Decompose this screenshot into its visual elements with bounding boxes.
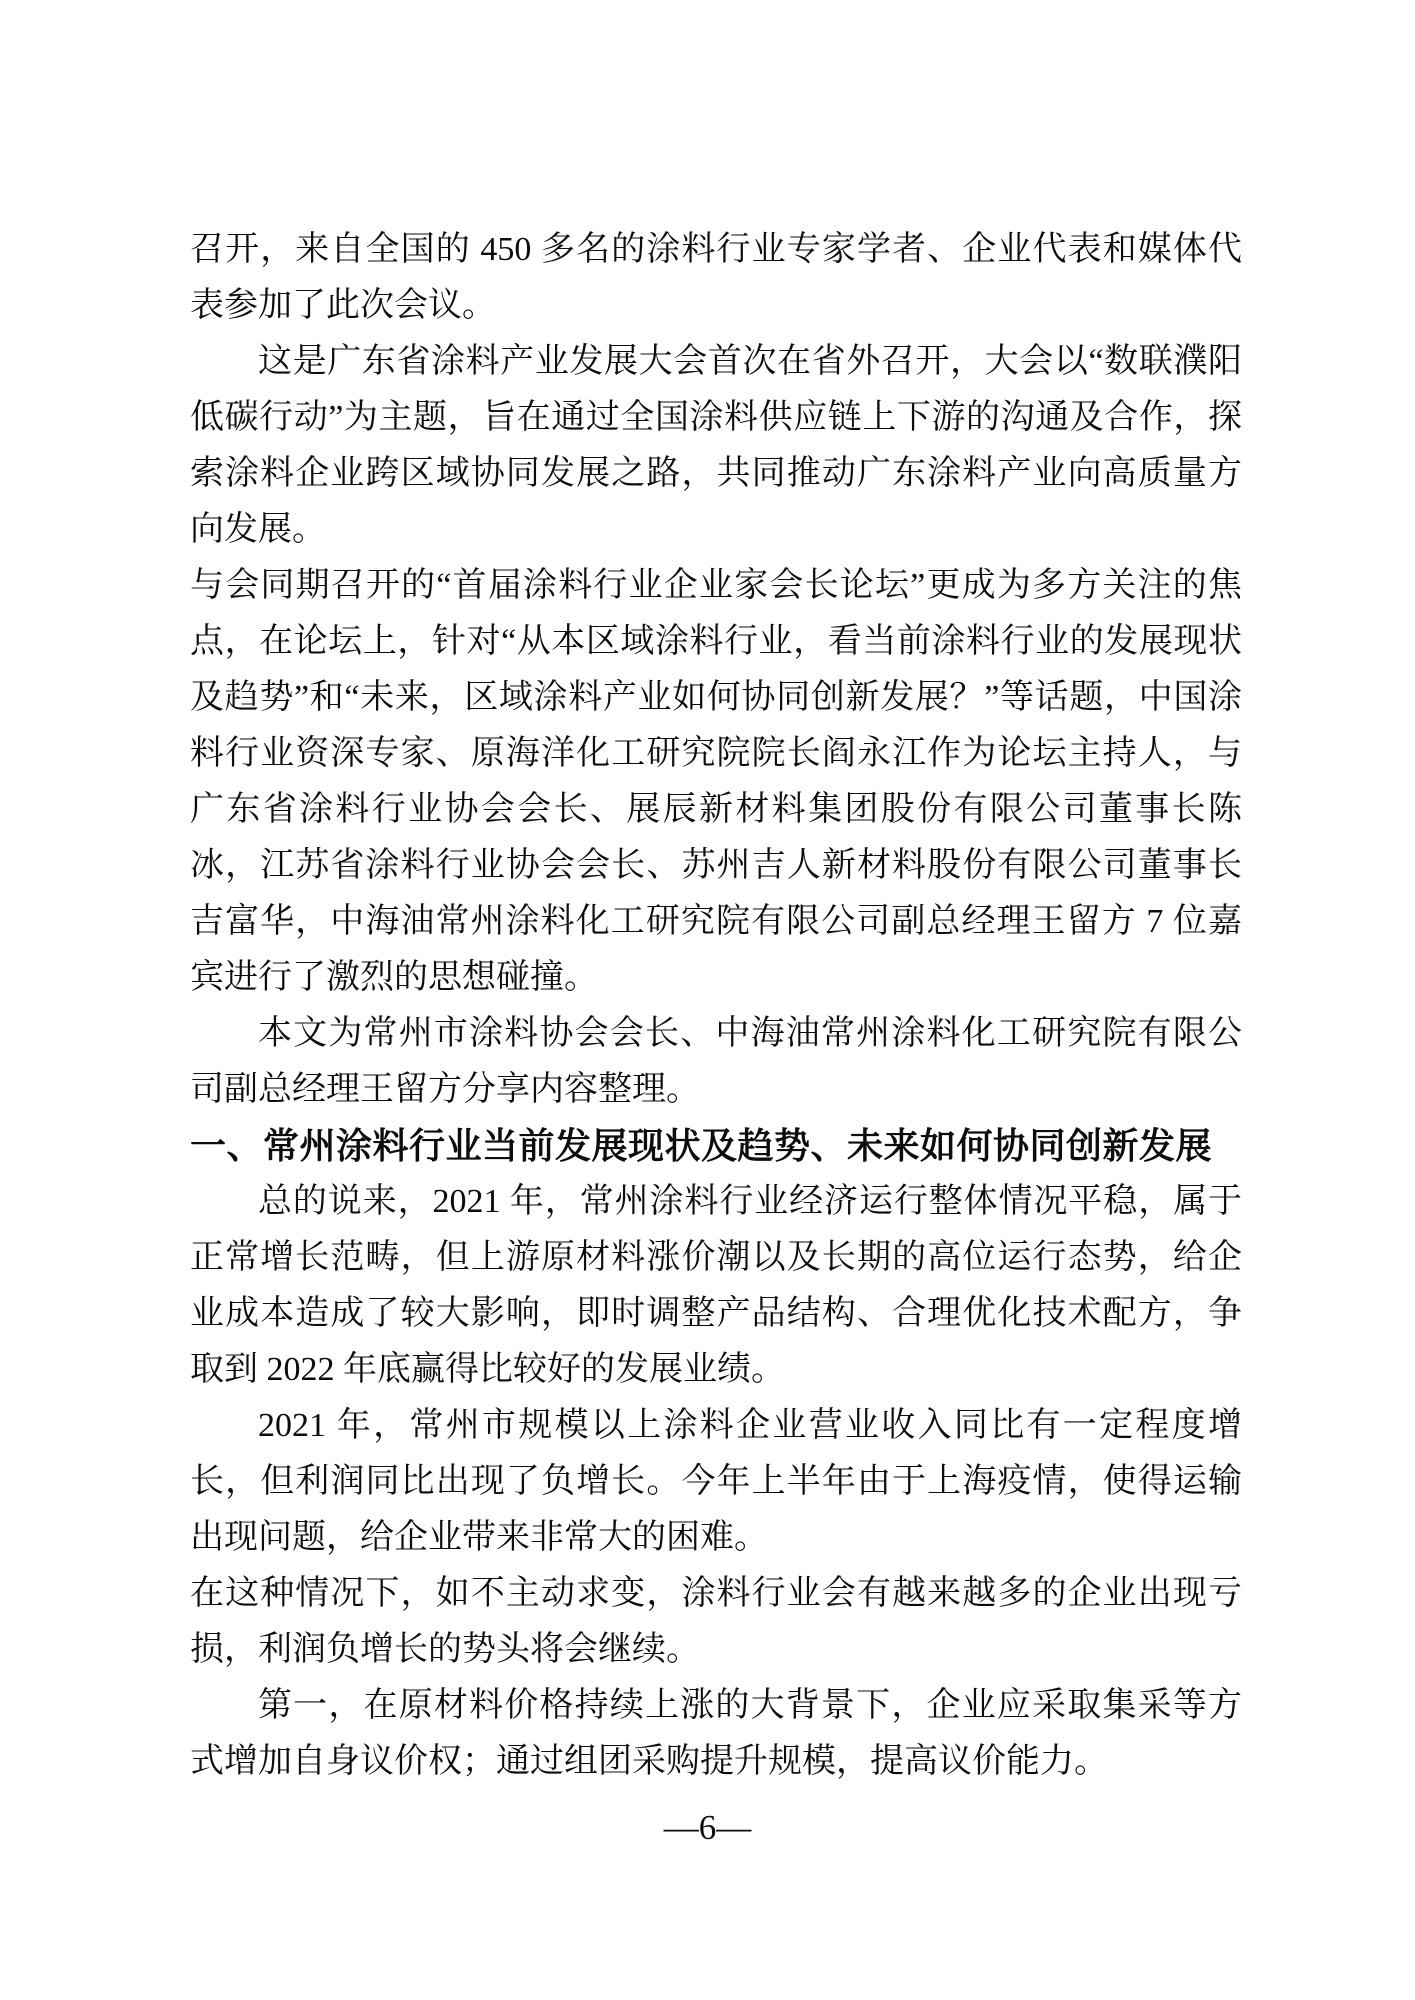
paragraph: 2021 年，常州市规模以上涂料企业营业收入同比有一定程度增长，但利润同比出现了…	[190, 1398, 1242, 1566]
paragraph: 本文为常州市涂料协会会长、中海油常州涂料化工研究院有限公司副总经理王留方分享内容…	[190, 1006, 1242, 1118]
paragraph: 这是广东省涂料产业发展大会首次在省外召开，大会以“数联濮阳 低碳行动”为主题，旨…	[190, 334, 1242, 558]
paragraph: 总的说来，2021 年，常州涂料行业经济运行整体情况平稳，属于正常增长范畴，但上…	[190, 1174, 1242, 1398]
text-block: 召开，来自全国的 450 多名的涂料行业专家学者、企业代表和媒体代表参加了此次会…	[190, 222, 1242, 1790]
paragraph: 召开，来自全国的 450 多名的涂料行业专家学者、企业代表和媒体代表参加了此次会…	[190, 222, 1242, 334]
document-page: 召开，来自全国的 450 多名的涂料行业专家学者、企业代表和媒体代表参加了此次会…	[0, 0, 1415, 2000]
paragraph: 与会同期召开的“首届涂料行业企业家会长论坛”更成为多方关注的焦点，在论坛上，针对…	[190, 558, 1242, 1006]
paragraph: 第一，在原材料价格持续上涨的大背景下，企业应采取集采等方式增加自身议价权；通过组…	[190, 1678, 1242, 1790]
page-number: —6—	[0, 1800, 1415, 1856]
section-heading: 一、常州涂料行业当前发展现状及趋势、未来如何协同创新发展	[190, 1118, 1242, 1174]
paragraph: 在这种情况下，如不主动求变，涂料行业会有越来越多的企业出现亏损，利润负增长的势头…	[190, 1566, 1242, 1678]
